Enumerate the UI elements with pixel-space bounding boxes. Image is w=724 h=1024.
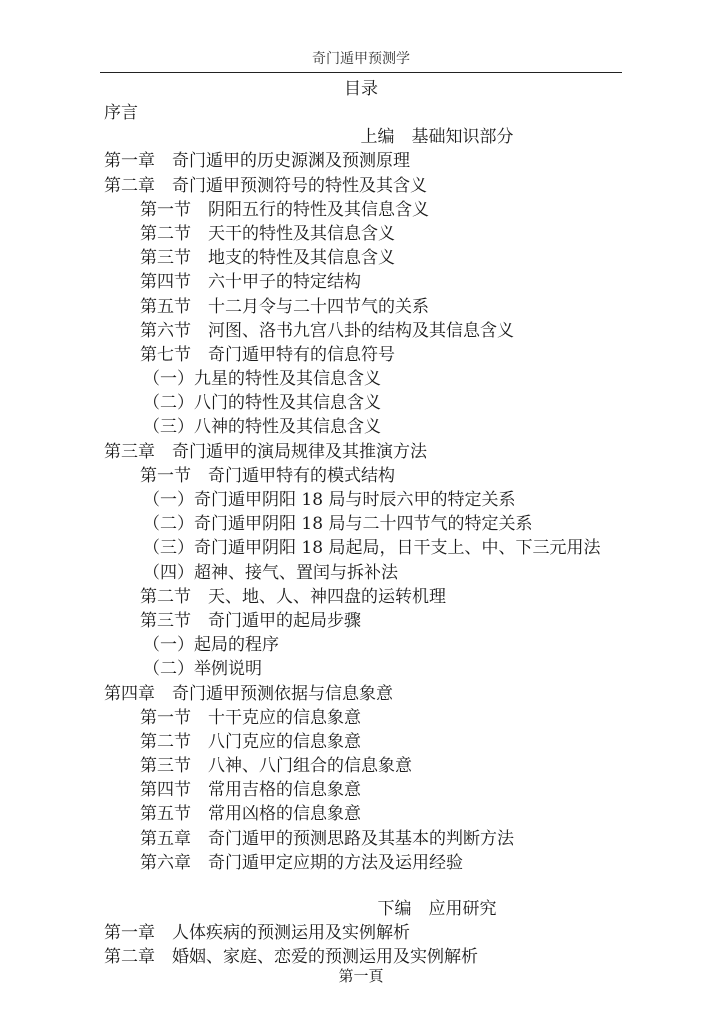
toc-entry-title: 人体疾病的预测运用及实例解析 — [172, 923, 410, 943]
toc-entry-sub: （三）八神的特性及其信息含义 — [0, 415, 724, 439]
toc-entry-title: 八神的特性及其信息含义 — [194, 417, 381, 437]
toc-entry-number: 第二章 — [104, 174, 155, 198]
toc-entry-title: 十二月令与二十四节气的关系 — [208, 297, 429, 317]
toc-entry-number: 第三节 — [140, 609, 191, 633]
toc-entry-title: 奇门遁甲的演局规律及其推演方法 — [172, 442, 427, 462]
toc-entry-number: （一） — [143, 488, 194, 512]
toc-entry-title: 奇门遁甲的历史源渊及预测原理 — [172, 151, 410, 171]
toc-entry-number: 第一节 — [140, 464, 191, 488]
toc-entry-number: 第五节 — [140, 802, 191, 826]
toc-entry-number: （三） — [143, 536, 194, 560]
toc-entry-chapter: 第二章奇门遁甲预测符号的特性及其含义 — [0, 174, 724, 198]
part-label: 下编 — [378, 899, 412, 919]
toc-entry-number: 第一章 — [104, 149, 155, 173]
toc-entry-section: 第五节常用凶格的信息象意 — [0, 802, 724, 826]
toc-entry-section: 第四节常用吉格的信息象意 — [0, 778, 724, 802]
toc-entry-title: 六十甲子的特定结构 — [208, 272, 361, 292]
toc-entry-number: 第四章 — [104, 682, 155, 706]
toc-entry-sub: （二）八门的特性及其信息含义 — [0, 391, 724, 415]
toc-entry-title: 奇门遁甲阴阳 18 局与时辰六甲的特定关系 — [194, 490, 515, 510]
toc-entry-number: 第七节 — [140, 343, 191, 367]
toc-entry-sub: （二）举例说明 — [0, 657, 724, 681]
toc-entry-section: 第五节十二月令与二十四节气的关系 — [0, 295, 724, 319]
toc-entry-number: 第三章 — [104, 440, 155, 464]
toc-entry-title: 超神、接气、置闰与拆补法 — [194, 563, 398, 583]
toc-entry-number: 第四节 — [140, 270, 191, 294]
toc-entry-chapter: 第四章奇门遁甲预测依据与信息象意 — [0, 682, 724, 706]
toc-entry-section: 第二节八门克应的信息象意 — [0, 730, 724, 754]
toc-entry-number: 第三节 — [140, 246, 191, 270]
toc-entry-title: 奇门遁甲特有的信息符号 — [208, 345, 395, 365]
part-title: 应用研究 — [429, 899, 497, 919]
toc-entry-number: 第六节 — [140, 319, 191, 343]
part-heading-2: 下编应用研究 — [0, 897, 724, 921]
header-rule — [100, 72, 622, 73]
toc-entry-title: 常用吉格的信息象意 — [208, 780, 361, 800]
toc-entry-number: （二） — [143, 512, 194, 536]
toc-entry-title: 地支的特性及其信息含义 — [208, 248, 395, 268]
toc-entry-number: 第二节 — [140, 585, 191, 609]
toc-entry-number: 第二节 — [140, 730, 191, 754]
toc-entry-title: 九星的特性及其信息含义 — [194, 369, 381, 389]
toc-entry-section: 第五章奇门遁甲的预测思路及其基本的判断方法 — [0, 827, 724, 851]
toc-entry-sub: （一）九星的特性及其信息含义 — [0, 367, 724, 391]
table-of-contents: 序言 上编基础知识部分 第一章奇门遁甲的历史源渊及预测原理第二章奇门遁甲预测符号… — [0, 101, 724, 970]
toc-entry-title: 奇门遁甲特有的模式结构 — [208, 466, 395, 486]
toc-entry-section: 第一节阴阳五行的特性及其信息含义 — [0, 198, 724, 222]
toc-entry-number: （二） — [143, 391, 194, 415]
toc-entry-title: 阴阳五行的特性及其信息含义 — [208, 200, 429, 220]
toc-entry-number: （一） — [143, 367, 194, 391]
toc-entry-title: 起局的程序 — [194, 635, 279, 655]
toc-entry-title: 十干克应的信息象意 — [208, 708, 361, 728]
toc-entry-number: （三） — [143, 415, 194, 439]
toc-entry-title: 奇门遁甲定应期的方法及运用经验 — [208, 853, 463, 873]
toc-entry-number: 第二节 — [140, 222, 191, 246]
toc-entry-number: （一） — [143, 633, 194, 657]
toc-entry-section: 第六节河图、洛书九宫八卦的结构及其信息含义 — [0, 319, 724, 343]
toc-entry-title: 常用凶格的信息象意 — [208, 804, 361, 824]
toc-entry-title: 天干的特性及其信息含义 — [208, 224, 395, 244]
toc-entry-chapter: 第三章奇门遁甲的演局规律及其推演方法 — [0, 440, 724, 464]
toc-entry-title: 河图、洛书九宫八卦的结构及其信息含义 — [208, 321, 514, 341]
toc-entry-section: 第二节天、地、人、神四盘的运转机理 — [0, 585, 724, 609]
toc-entry-title: 八门的特性及其信息含义 — [194, 393, 381, 413]
toc-entry-number: （二） — [143, 657, 194, 681]
toc-entry-title: 八门克应的信息象意 — [208, 732, 361, 752]
part2-entries: 第一章人体疾病的预测运用及实例解析第二章婚姻、家庭、恋爱的预测运用及实例解析 — [0, 921, 724, 969]
toc-entry-number: 第三节 — [140, 754, 191, 778]
part-title: 基础知识部分 — [412, 127, 514, 147]
toc-entry-title: 天、地、人、神四盘的运转机理 — [208, 587, 446, 607]
toc-entry-sub: （二）奇门遁甲阴阳 18 局与二十四节气的特定关系 — [0, 512, 724, 536]
document-page: 奇门遁甲预测学 目录 序言 上编基础知识部分 第一章奇门遁甲的历史源渊及预测原理… — [0, 0, 724, 1024]
part1-entries: 第一章奇门遁甲的历史源渊及预测原理第二章奇门遁甲预测符号的特性及其含义第一节阴阳… — [0, 149, 724, 875]
toc-entry-number: 第一节 — [140, 706, 191, 730]
toc-entry-number: 第一章 — [104, 921, 155, 945]
toc-entry-sub: （三）奇门遁甲阴阳 18 局起局，日干支上、中、下三元用法 — [0, 536, 724, 560]
toc-entry-preface: 序言 — [0, 101, 724, 125]
toc-entry-section: 第三节地支的特性及其信息含义 — [0, 246, 724, 270]
toc-entry-number: 第五章 — [140, 827, 191, 851]
toc-entry-section: 第二节天干的特性及其信息含义 — [0, 222, 724, 246]
spacer — [0, 875, 724, 897]
toc-entry-chapter: 第一章奇门遁甲的历史源渊及预测原理 — [0, 149, 724, 173]
toc-entry-sub: （一）奇门遁甲阴阳 18 局与时辰六甲的特定关系 — [0, 488, 724, 512]
toc-entry-section: 第六章奇门遁甲定应期的方法及运用经验 — [0, 851, 724, 875]
toc-entry-chapter: 第一章人体疾病的预测运用及实例解析 — [0, 921, 724, 945]
toc-entry-title: 奇门遁甲的起局步骤 — [208, 611, 361, 631]
toc-entry-section: 第四节六十甲子的特定结构 — [0, 270, 724, 294]
toc-entry-section: 第三节八神、八门组合的信息象意 — [0, 754, 724, 778]
toc-entry-title: 婚姻、家庭、恋爱的预测运用及实例解析 — [172, 947, 478, 967]
page-number: 第一頁 — [100, 966, 622, 986]
toc-entry-title: 八神、八门组合的信息象意 — [208, 756, 412, 776]
part-heading-1: 上编基础知识部分 — [0, 125, 724, 149]
toc-entry-number: 第一节 — [140, 198, 191, 222]
toc-entry-title: 举例说明 — [194, 659, 262, 679]
toc-entry-title: 奇门遁甲的预测思路及其基本的判断方法 — [208, 829, 514, 849]
toc-entry-number: （四） — [143, 561, 194, 585]
toc-entry-number: 第六章 — [140, 851, 191, 875]
toc-entry-sub: （四）超神、接气、置闰与拆补法 — [0, 561, 724, 585]
toc-entry-section: 第三节奇门遁甲的起局步骤 — [0, 609, 724, 633]
toc-entry-number: 第五节 — [140, 295, 191, 319]
toc-entry-section: 第一节奇门遁甲特有的模式结构 — [0, 464, 724, 488]
toc-entry-title: 奇门遁甲预测符号的特性及其含义 — [172, 176, 427, 196]
toc-title: 目录 — [100, 78, 622, 100]
toc-entry-number: 第四节 — [140, 778, 191, 802]
part-label: 上编 — [361, 127, 395, 147]
running-header: 奇门遁甲预测学 — [100, 50, 622, 68]
toc-entry-section: 第七节奇门遁甲特有的信息符号 — [0, 343, 724, 367]
toc-entry-title: 奇门遁甲预测依据与信息象意 — [172, 684, 393, 704]
toc-entry-title: 奇门遁甲阴阳 18 局起局，日干支上、中、下三元用法 — [194, 538, 600, 558]
toc-entry-sub: （一）起局的程序 — [0, 633, 724, 657]
toc-entry-title: 奇门遁甲阴阳 18 局与二十四节气的特定关系 — [194, 514, 532, 534]
toc-entry-section: 第一节十干克应的信息象意 — [0, 706, 724, 730]
